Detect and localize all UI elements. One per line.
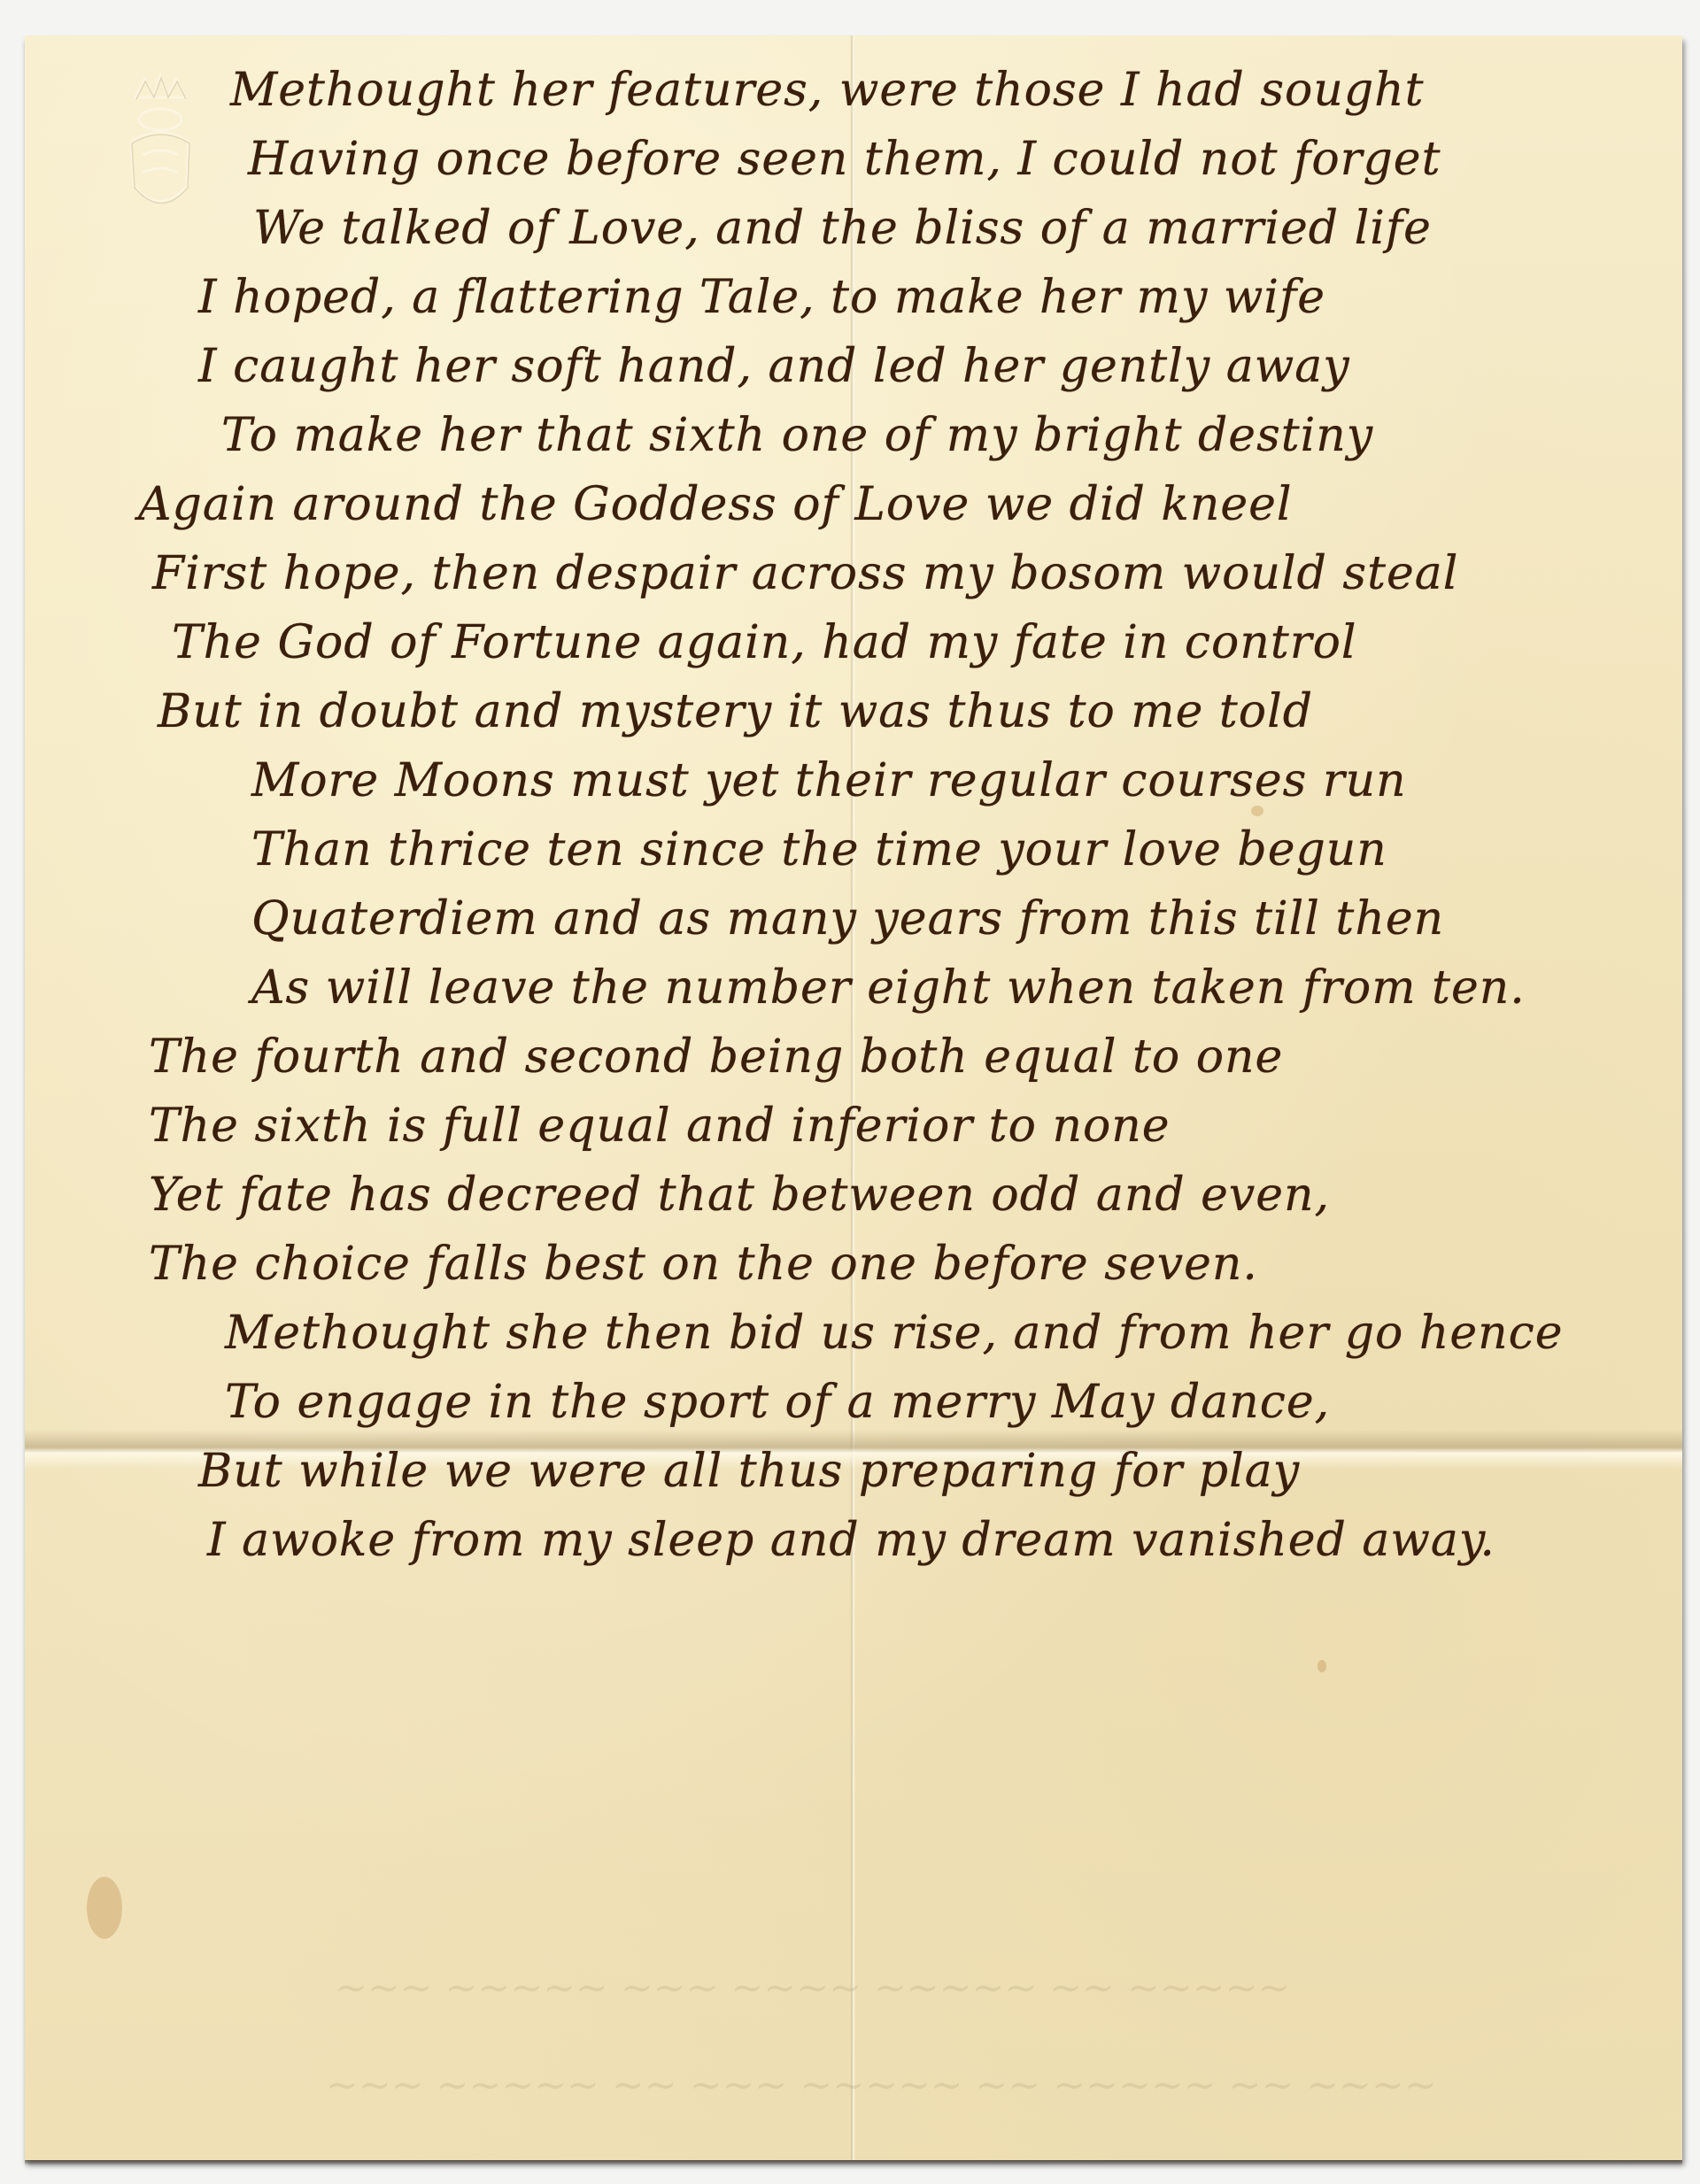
poem-line: The fourth and second being both equal t… (149, 1030, 1283, 1084)
poem-line: We talked of Love, and the bliss of a ma… (253, 202, 1432, 255)
bleed-through-text: ~~~ ~~~~~ ~~~ ~~~~ ~~~~~ ~~ ~~~~~ (335, 1965, 1290, 2010)
poem-line: First hope, then despair across my bosom… (152, 547, 1458, 600)
poem-line: As will leave the number eight when take… (251, 961, 1526, 1015)
poem-line: Than thrice ten since the time your love… (251, 823, 1387, 876)
poem-line: Again around the Goddess of Love we did … (138, 478, 1293, 531)
embossed-crest-icon (118, 71, 202, 221)
poem-line: More Moons must yet their regular course… (251, 754, 1407, 807)
paper-stain (1317, 1660, 1326, 1672)
poem-line: Methought her features, were those I had… (230, 64, 1425, 117)
poem-line: To engage in the sport of a merry May da… (225, 1376, 1330, 1429)
letter-page: ~~~ ~~~~~ ~~~ ~~~~ ~~~~~ ~~ ~~~~~ ~~~ ~~… (25, 35, 1682, 2160)
poem-line: I awoke from my sleep and my dream vanis… (207, 1514, 1495, 1567)
poem-line: I hoped, a flattering Tale, to make her … (198, 271, 1325, 324)
poem-line: Yet fate has decreed that between odd an… (149, 1169, 1330, 1222)
poem-line: Methought she then bid us rise, and from… (225, 1307, 1564, 1360)
poem-line: The sixth is full equal and inferior to … (149, 1100, 1171, 1153)
poem-line: But while we were all thus preparing for… (198, 1445, 1300, 1498)
poem-line: I caught her soft hand, and led her gent… (198, 340, 1350, 393)
poem-line: To make her that sixth one of my bright … (221, 409, 1373, 462)
poem-line: Having once before seen them, I could no… (248, 133, 1441, 186)
poem-line: Quaterdiem and as many years from this t… (251, 892, 1444, 945)
paper-stain (87, 1877, 122, 1939)
poem-line: The God of Fortune again, had my fate in… (172, 616, 1357, 669)
bleed-through-text: ~~~ ~~~~~ ~~ ~~~ ~~~~~ ~~ ~~~~~ ~~ ~~~~ (326, 2063, 1437, 2108)
poem-line: The choice falls best on the one before … (149, 1238, 1258, 1291)
poem-line: But in doubt and mystery it was thus to … (158, 685, 1313, 738)
